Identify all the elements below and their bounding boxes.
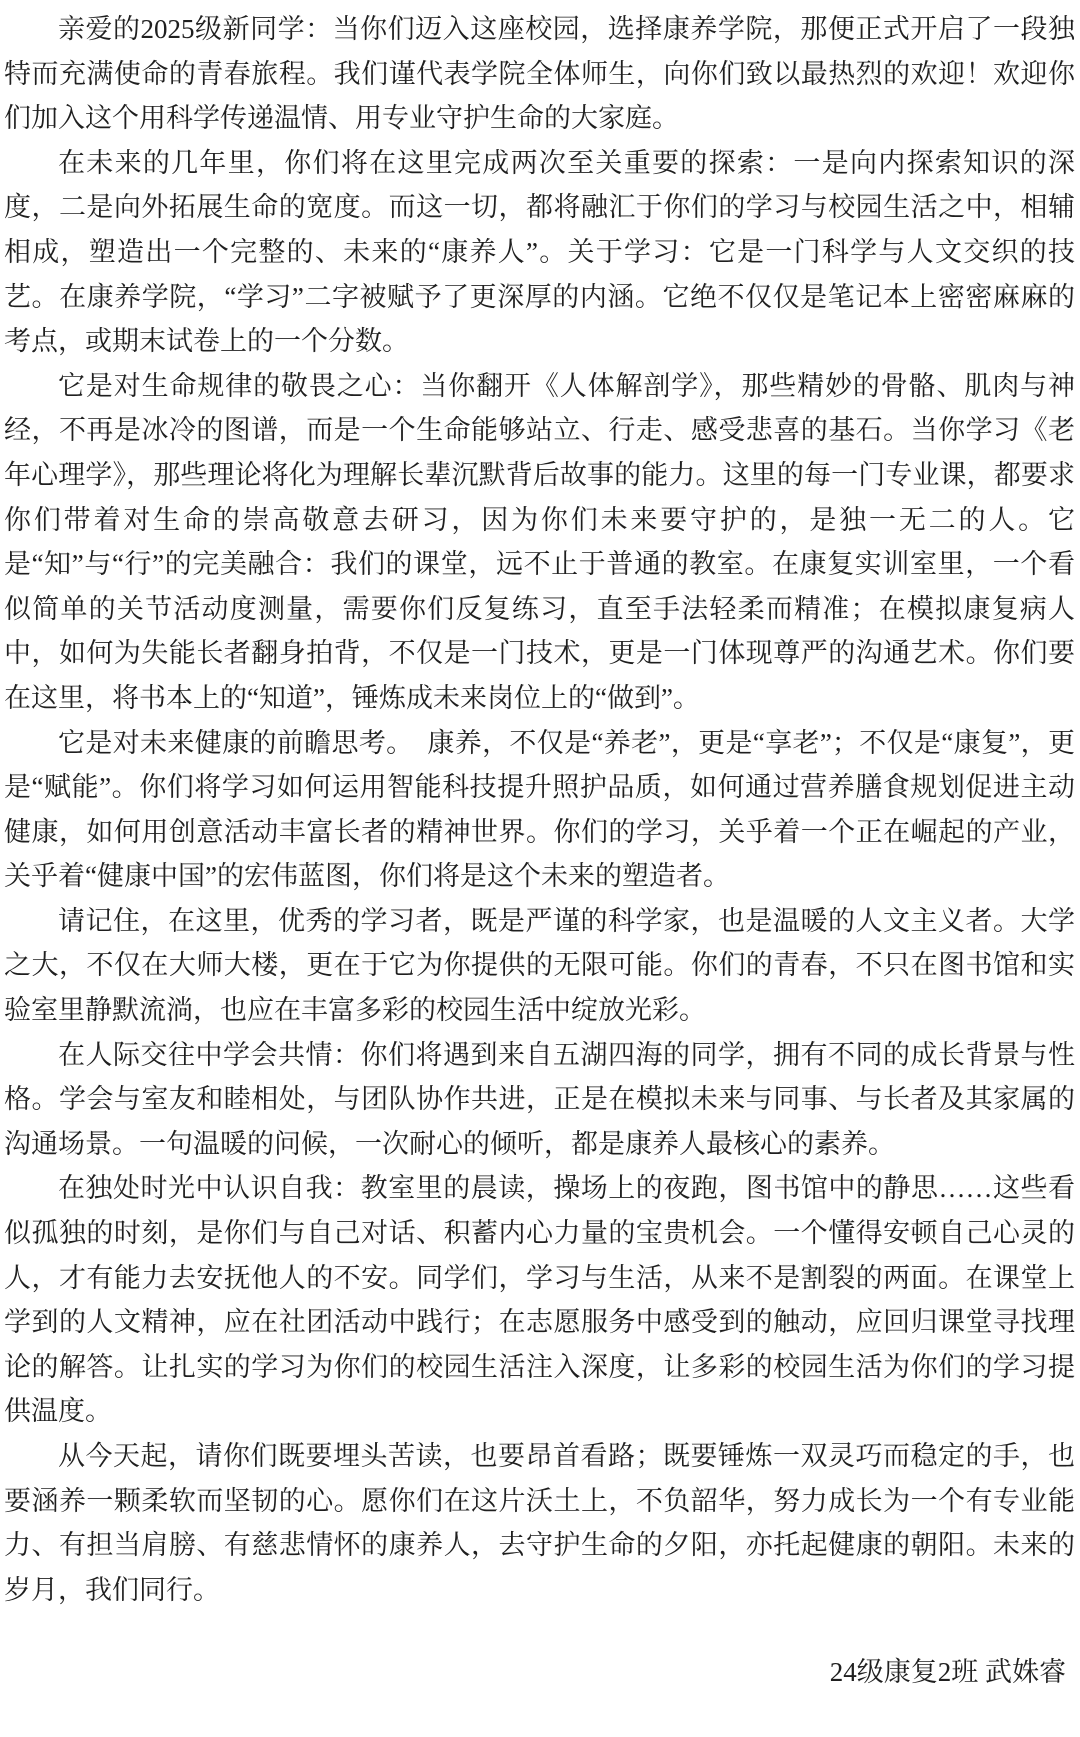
- document-page: 亲爱的2025级新同学：当你们迈入这座校园，选择康养学院，那便正式开启了一段独特…: [0, 0, 1080, 1737]
- letter-paragraph: 请记住，在这里，优秀的学习者，既是严谨的科学家，也是温暖的人文主义者。大学之大，…: [4, 899, 1075, 1033]
- letter-paragraph: 在独处时光中认识自我：教室里的晨读，操场上的夜跑，图书馆中的静思……这些看似孤独…: [4, 1166, 1075, 1434]
- letter-paragraph: 它是对未来健康的前瞻思考。 康养，不仅是“养老”，更是“享老”；不仅是“康复”，…: [4, 721, 1075, 899]
- letter-paragraph-greeting: 亲爱的2025级新同学：当你们迈入这座校园，选择康养学院，那便正式开启了一段独特…: [4, 7, 1075, 141]
- letter-paragraph: 在未来的几年里，你们将在这里完成两次至关重要的探索：一是向内探索知识的深度，二是…: [4, 141, 1075, 364]
- signature: 24级康复2班 武姝睿: [830, 1650, 1066, 1695]
- letter-paragraph: 在人际交往中学会共情：你们将遇到来自五湖四海的同学，拥有不同的成长背景与性格。学…: [4, 1033, 1075, 1167]
- letter-paragraph: 从今天起，请你们既要埋头苦读，也要昂首看路；既要锤炼一双灵巧而稳定的手，也要涵养…: [4, 1434, 1075, 1612]
- letter-paragraph: 它是对生命规律的敬畏之心：当你翻开《人体解剖学》，那些精妙的骨骼、肌肉与神经，不…: [4, 364, 1075, 721]
